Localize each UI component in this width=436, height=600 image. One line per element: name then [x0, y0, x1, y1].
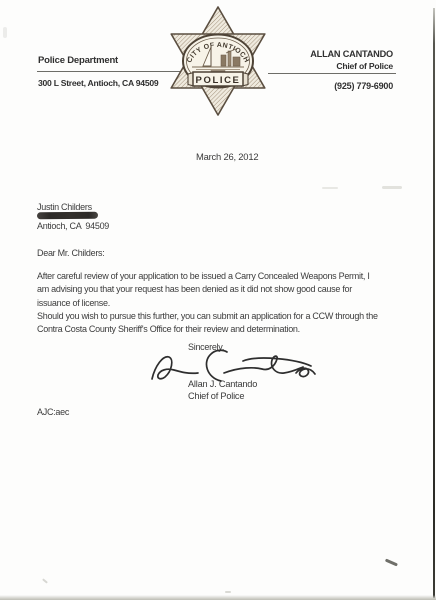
scan-edge-bottom-shadow — [0, 595, 436, 600]
scan-smudge — [382, 186, 402, 189]
scan-smudge — [385, 558, 398, 566]
signer-title: Chief of Police — [188, 390, 257, 402]
body-line: am advising you that your request has be… — [37, 283, 370, 296]
signer-block: Allan J. Cantando Chief of Police — [188, 378, 257, 402]
scan-smudge — [225, 591, 231, 593]
recipient-city-line: Antioch, CA 94509 — [37, 220, 109, 233]
redacted-address-bar — [37, 212, 98, 220]
badge-banner-text: POLICE — [196, 75, 241, 86]
scan-smudge — [42, 578, 48, 583]
signer-name: Allan J. Cantando — [188, 378, 257, 390]
body-line: After careful review of your application… — [37, 270, 370, 283]
letterhead-department: Police Department — [38, 55, 118, 66]
letter-date: March 26, 2012 — [196, 151, 258, 162]
salutation: Dear Mr. Childers: — [37, 247, 104, 260]
badge-police-banner: POLICE — [188, 72, 248, 86]
scan-smudge — [322, 187, 338, 189]
letterhead-address: 300 L Street, Antioch, CA 94509 — [38, 78, 158, 88]
body-line: issuance of license. — [37, 297, 370, 310]
letterhead-phone: (925) 779-6900 — [334, 81, 393, 91]
body-paragraph-2: Should you wish to pursue this further, … — [37, 310, 378, 337]
body-paragraph-1: After careful review of your application… — [37, 270, 370, 310]
letterhead-chief-name: ALLAN CANTANDO — [310, 49, 393, 59]
scanned-letter-page: Police Department 300 L Street, Antioch,… — [0, 0, 436, 600]
letterhead-left-rule — [37, 71, 183, 72]
scan-edge-right-line — [433, 8, 435, 600]
body-line: Should you wish to pursue this further, … — [37, 310, 378, 323]
scan-smudge — [3, 27, 7, 38]
body-line: Contra Costa County Sheriff's Office for… — [37, 323, 378, 336]
letterhead-chief-title: Chief of Police — [336, 61, 393, 71]
reference-initials: AJC:aec — [37, 406, 69, 419]
police-badge-icon: CITY OF ANTIOCH POLICE — [166, 5, 270, 117]
letterhead-right-rule — [268, 73, 396, 74]
